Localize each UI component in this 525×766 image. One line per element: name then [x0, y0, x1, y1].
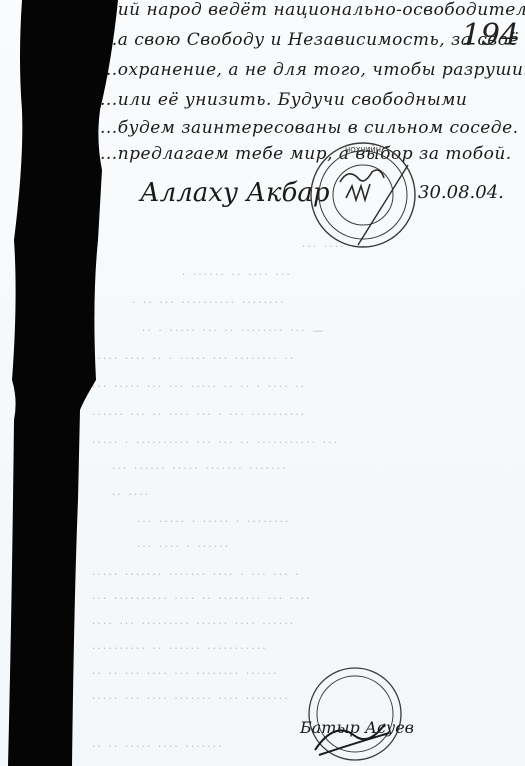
- bottom-signature-text: Батыр Асуев: [300, 718, 414, 737]
- signature-text: Аллаху Акбар: [140, 178, 330, 208]
- bleed-line: — ··· ········ ·· ··· ····· · ··: [140, 324, 323, 337]
- page-number: 194: [462, 18, 519, 53]
- svg-text:НОХЧИЙН: НОХЧИЙН: [345, 145, 381, 154]
- document-page: ··· ···· ··· ··· ···· ·· ······ · ······…: [0, 0, 525, 766]
- handwritten-line: ...а свою Свободу и Независимость, за св…: [100, 30, 519, 50]
- handwritten-line: ...предлагаем тебе мир, а выбор за тобой…: [100, 144, 512, 164]
- bleed-line: ··· ···· ·· ······ ·: [180, 268, 290, 281]
- redaction-bar: [0, 0, 140, 766]
- handwritten-line: ...ий народ ведёт национально-освободите…: [100, 0, 525, 20]
- seal-stamp-icon: НОХЧИЙН: [308, 140, 418, 250]
- handwritten-line: ...будем заинтересованы в сильном соседе…: [100, 118, 519, 138]
- handwritten-line: ...или её унизить. Будучи свободными: [100, 90, 467, 110]
- bleed-line: ········ ·········· ··· ·· ·: [130, 296, 284, 309]
- bleed-line: ········ · ····· · ····· ···: [135, 515, 289, 528]
- handwritten-line: ...охранение, а не для того, чтобы разру…: [100, 60, 525, 80]
- date-text: 30.08.04.: [418, 182, 504, 203]
- bleed-line: ······ · ···· ···: [135, 540, 228, 553]
- bottom-seal-stamp-icon: [305, 660, 405, 766]
